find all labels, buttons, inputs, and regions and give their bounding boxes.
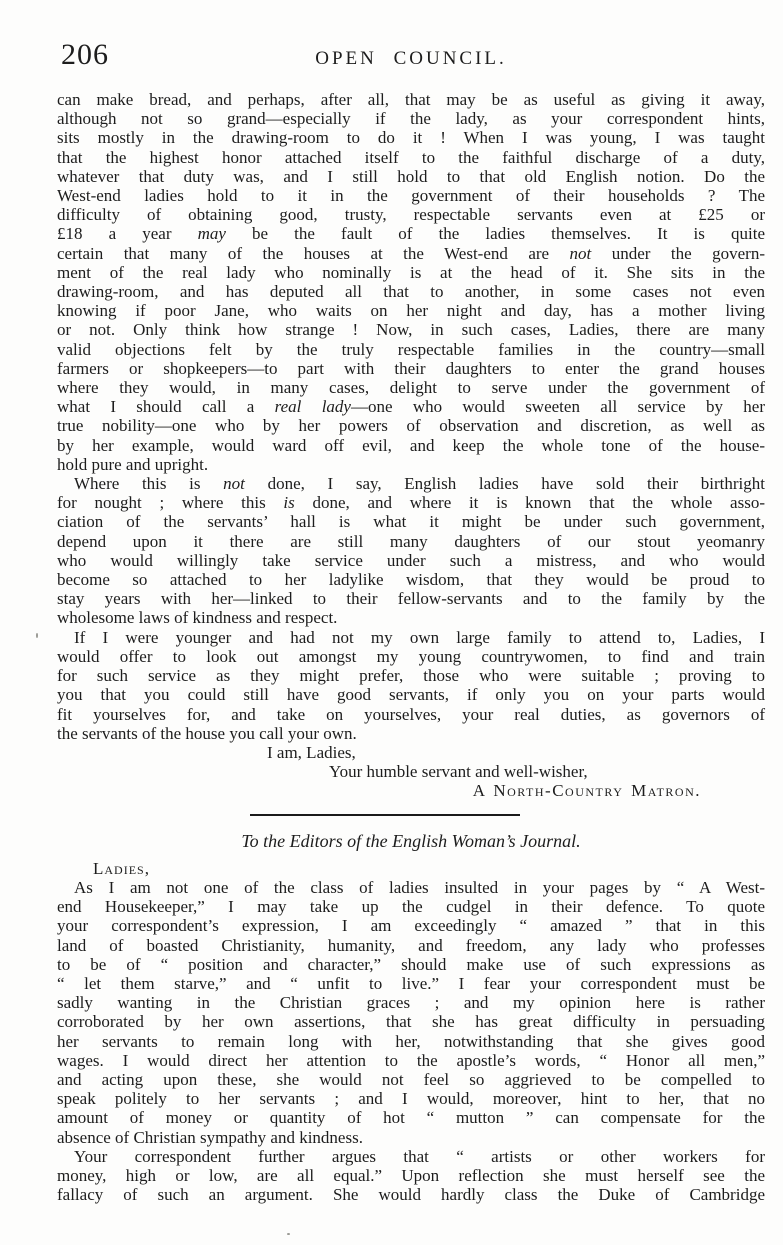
text-line: can make bread, and perhaps, after all, … (57, 90, 765, 109)
text-line: knowing if poor Jane, who waits on her n… (57, 301, 765, 320)
text-line: your correspondent’s expression, I am ex… (57, 916, 765, 935)
scan-speck (287, 1233, 290, 1235)
text-line: who would willingly take service under s… (57, 551, 765, 570)
paragraph: Your correspondent further argues that “… (57, 1147, 765, 1205)
text-line: corroborated by her own assertions, that… (57, 1012, 765, 1031)
signature: A North-Country Matron. (57, 781, 765, 800)
text-line: and acting upon these, she would not fee… (57, 1070, 765, 1089)
letter-heading: To the Editors of the English Woman’s Jo… (57, 832, 765, 851)
paragraph: As I am not one of the class of ladies i… (57, 878, 765, 1147)
text-line: Where this is not done, I say, English l… (57, 474, 765, 493)
paragraph: can make bread, and perhaps, after all, … (57, 90, 765, 474)
text-line: “ let them starve,” and “ unfit to live.… (57, 974, 765, 993)
text-line: money, high or low, are all equal.” Upon… (57, 1166, 765, 1185)
text-line: the servants of the house you call your … (57, 724, 765, 743)
section-divider-rule (250, 814, 520, 816)
text-line: true nobility—one who by her powers of o… (57, 416, 765, 435)
text-line: ment of the real lady who nominally is a… (57, 263, 765, 282)
page-header: 206 OPEN COUNCIL. (57, 42, 765, 76)
text-line: difficulty of obtaining good, trusty, re… (57, 205, 765, 224)
text-line: sits mostly in the drawing-room to do it… (57, 128, 765, 147)
text-line: stay years with her—linked to their fell… (57, 589, 765, 608)
scanned-page: 206 OPEN COUNCIL. can make bread, and pe… (0, 0, 783, 1245)
closing-line: I am, Ladies, (57, 743, 765, 762)
page-content: can make bread, and perhaps, after all, … (57, 90, 765, 1204)
text-line: for such service as they might prefer, t… (57, 666, 765, 685)
text-line: or not. Only think how strange ! Now, in… (57, 320, 765, 339)
text-line: absence of Christian sympathy and kindne… (57, 1128, 765, 1147)
scan-speck (36, 633, 38, 638)
text-line: her servants to remain long with her, no… (57, 1032, 765, 1051)
text-line: amount of money or quantity of hot “ mut… (57, 1108, 765, 1127)
text-line: valid objections felt by the truly respe… (57, 340, 765, 359)
running-header: OPEN COUNCIL. (57, 42, 765, 70)
text-line: whatever that duty was, and I still hold… (57, 167, 765, 186)
closing-line: Your humble servant and well-wisher, (57, 762, 765, 781)
text-line: by her example, would ward off evil, and… (57, 436, 765, 455)
text-line: drawing-room, and has deputed all that t… (57, 282, 765, 301)
text-line: although not so grand—especially if the … (57, 109, 765, 128)
letter-second-body: As I am not one of the class of ladies i… (57, 878, 765, 1204)
text-line: that the highest honor attached itself t… (57, 148, 765, 167)
text-line: hold pure and upright. (57, 455, 765, 474)
text-line: As I am not one of the class of ladies i… (57, 878, 765, 897)
paragraph: If I were younger and had not my own lar… (57, 628, 765, 743)
text-line: ciation of the servants’ hall is what it… (57, 512, 765, 531)
text-line: what I should call a real lady—one who w… (57, 397, 765, 416)
text-line: fit yourselves for, and take on yourselv… (57, 705, 765, 724)
text-line: become so attached to her ladylike wisdo… (57, 570, 765, 589)
text-line: where they would, in many cases, delight… (57, 378, 765, 397)
text-line: If I were younger and had not my own lar… (57, 628, 765, 647)
letter-first-body: can make bread, and perhaps, after all, … (57, 90, 765, 743)
text-line: speak politely to her servants ; and I w… (57, 1089, 765, 1108)
text-line: £18 a year may be the fault of the ladie… (57, 224, 765, 243)
text-line: end Housekeeper,” I may take up the cudg… (57, 897, 765, 916)
text-line: you that you could still have good serva… (57, 685, 765, 704)
text-line: wholesome laws of kindness and respect. (57, 608, 765, 627)
text-line: farmers or shopkeepers—to part with thei… (57, 359, 765, 378)
text-line: sadly wanting in the Christian graces ; … (57, 993, 765, 1012)
text-line: West-end ladies hold to it in the govern… (57, 186, 765, 205)
paragraph: Where this is not done, I say, English l… (57, 474, 765, 628)
text-line: fallacy of such an argument. She would h… (57, 1185, 765, 1204)
text-line: certain that many of the houses at the W… (57, 244, 765, 263)
text-line: to be of “ position and character,” shou… (57, 955, 765, 974)
text-line: would offer to look out amongst my young… (57, 647, 765, 666)
page-number: 206 (61, 38, 109, 72)
letter-closing: I am, Ladies, Your humble servant and we… (57, 743, 765, 801)
letter-first: can make bread, and perhaps, after all, … (57, 90, 765, 801)
text-line: wages. I would direct her attention to t… (57, 1051, 765, 1070)
letter-second: To the Editors of the English Woman’s Jo… (57, 832, 765, 1205)
text-line: Your correspondent further argues that “… (57, 1147, 765, 1166)
text-line: for nought ; where this is done, and whe… (57, 493, 765, 512)
salutation: Ladies, (57, 859, 765, 878)
text-line: land of boasted Christianity, humanity, … (57, 936, 765, 955)
text-line: depend upon it there are still many daug… (57, 532, 765, 551)
